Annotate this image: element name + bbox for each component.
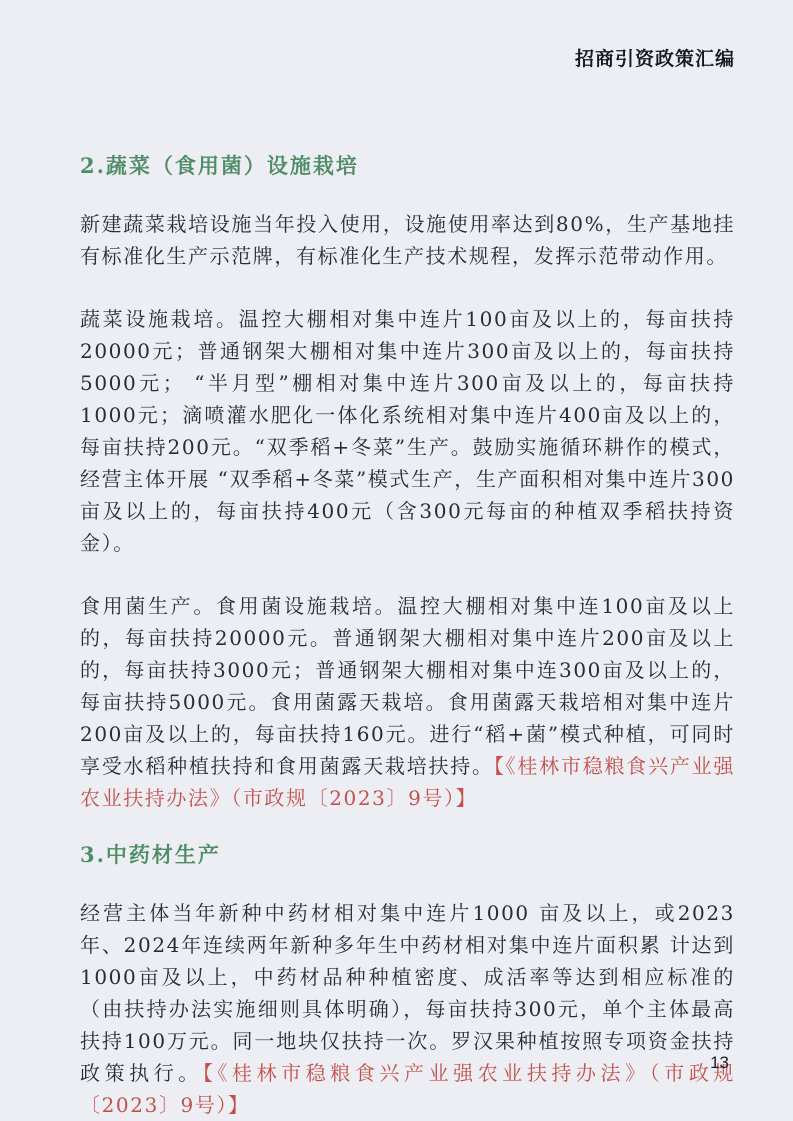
paragraph-text: 食用菌生产。食用菌设施栽培。温控大棚相对集中连100亩及以上的，每亩扶持2000… (80, 594, 735, 778)
section-paragraphs-herbs: 经营主体当年新种中药材相对集中连片1000 亩及以上，或2023 年、2024年… (80, 897, 735, 1121)
page-number: 13 (710, 1053, 729, 1073)
paragraph: 蔬菜设施栽培。温控大棚相对集中连片100亩及以上的，每亩扶持20000元；普通钢… (80, 303, 735, 559)
section-paragraphs-vegetables: 新建蔬菜栽培设施当年投入使用，设施使用率达到80%，生产基地挂有标准化生产示范牌… (80, 208, 735, 814)
section-heading-herbs: 3.中药材生产 (80, 841, 735, 869)
paragraph: 新建蔬菜栽培设施当年投入使用，设施使用率达到80%，生产基地挂有标准化生产示范牌… (80, 208, 735, 272)
section-vegetables: 2.蔬菜（食用菌）设施栽培 新建蔬菜栽培设施当年投入使用，设施使用率达到80%，… (80, 152, 735, 814)
document-title: 招商引资政策汇编 (575, 49, 735, 70)
section-heading-vegetables: 2.蔬菜（食用菌）设施栽培 (80, 152, 735, 180)
paragraph-text: 新建蔬菜栽培设施当年投入使用，设施使用率达到80%，生产基地挂有标准化生产示范牌… (80, 212, 735, 268)
paragraph: 食用菌生产。食用菌设施栽培。温控大棚相对集中连100亩及以上的，每亩扶持2000… (80, 590, 735, 814)
document-body: 2.蔬菜（食用菌）设施栽培 新建蔬菜栽培设施当年投入使用，设施使用率达到80%，… (80, 152, 735, 1121)
document-page: 招商引资政策汇编 2.蔬菜（食用菌）设施栽培 新建蔬菜栽培设施当年投入使用，设施… (0, 0, 793, 1121)
page-header: 招商引资政策汇编 (80, 48, 735, 72)
paragraph: 经营主体当年新种中药材相对集中连片1000 亩及以上，或2023 年、2024年… (80, 897, 735, 1121)
section-herbs: 3.中药材生产 经营主体当年新种中药材相对集中连片1000 亩及以上，或2023… (80, 841, 735, 1121)
paragraph-text: 经营主体当年新种中药材相对集中连片1000 亩及以上，或2023 年、2024年… (80, 901, 735, 1085)
paragraph-text: 蔬菜设施栽培。温控大棚相对集中连片100亩及以上的，每亩扶持20000元；普通钢… (80, 307, 735, 555)
